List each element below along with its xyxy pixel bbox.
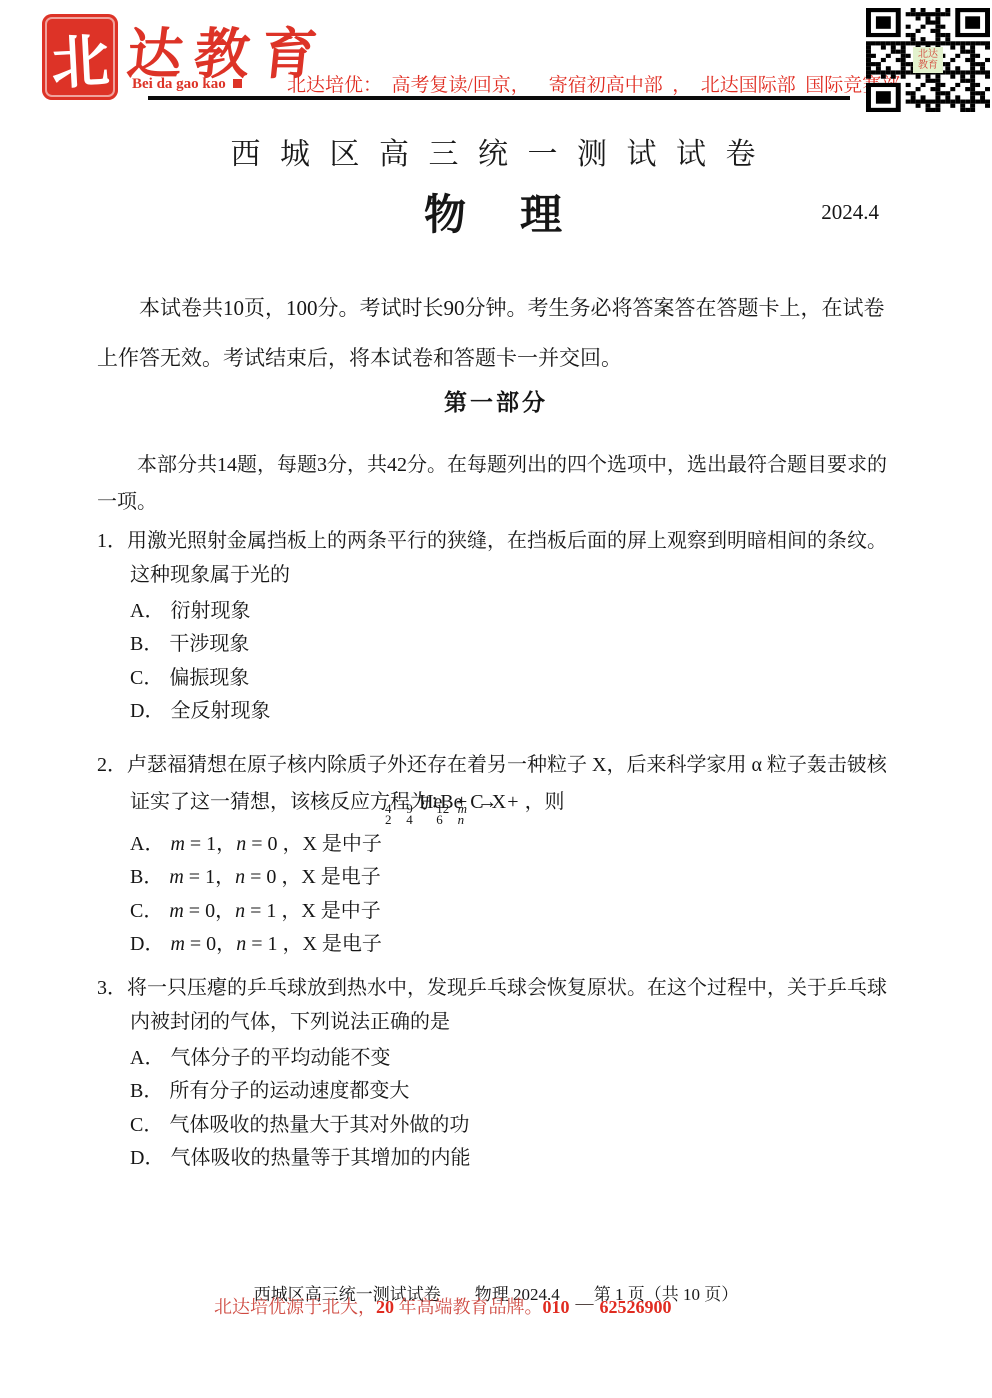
question-3: 3．将一只压瘪的乒乓球放到热水中，发现乒乓球会恢复原状。在这个过程中，关于乒乓球… (97, 971, 903, 1176)
qr-code: 北达教育 (866, 8, 990, 112)
question-2: 2．卢瑟福猜想在原子核内除质子外还存在着另一种粒子 X，后来科学家用 α 粒子轰… (97, 747, 903, 962)
phone-dash: — (576, 1293, 594, 1313)
option-d: D．m = 0，n = 1 ，X 是电子 (130, 928, 903, 961)
option-a: A．衍射现象 (130, 595, 903, 628)
seal-character: 北 (49, 14, 111, 101)
brand-subtitle: Bei da gao kao (132, 76, 242, 93)
qr-center-label: 北达教育 (913, 47, 943, 73)
question-2-options: A．m = 1，n = 0 ，X 是中子 B．m = 1，n = 0 ，X 是电… (130, 828, 903, 962)
option-c: C．气体吸收的热量大于其对外做的功 (130, 1109, 903, 1142)
header-divider (148, 96, 850, 100)
exam-paper-page: 北 达教育 Bei da gao kao 北达培优： 高考复读/回京， 寄宿初高… (0, 0, 992, 1398)
option-c: C．偏振现象 (130, 662, 903, 695)
page-footer-promo-line: 北达培优源于北大，20 年高端教育品牌。010—62526900 (214, 1293, 672, 1319)
red-square-icon (233, 79, 242, 88)
question-1: 1．用激光照射金属挡板上的两条平行的狭缝，在挡板后面的屏上观察到明暗相间的条纹。… (97, 524, 903, 729)
option-c: C．m = 0，n = 1 ，X 是中子 (130, 895, 903, 928)
option-b: B．m = 1，n = 0 ，X 是电子 (130, 861, 903, 894)
part1-heading: 第一部分 (0, 384, 992, 417)
option-a: A．气体分子的平均动能不变 (130, 1042, 903, 1075)
question-3-stem: 3．将一只压瘪的乒乓球放到热水中，发现乒乓球会恢复原状。在这个过程中，关于乒乓球… (97, 971, 903, 1039)
option-b: B．所有分子的运动速度都变大 (130, 1075, 903, 1108)
exam-instructions-paragraph: 本试卷共10页，100分。考试时长90分钟。考生务必将答案答在答题卡上，在试卷上… (97, 283, 903, 383)
question-1-options: A．衍射现象 B．干涉现象 C．偏振现象 D．全反射现象 (130, 595, 903, 729)
question-1-stem: 1．用激光照射金属挡板上的两条平行的狭缝，在挡板后面的屏上观察到明暗相间的条纹。… (97, 524, 903, 592)
option-b: B．干涉现象 (130, 628, 903, 661)
question-number: 2． (97, 754, 127, 776)
phone-number: 62526900 (600, 1297, 672, 1317)
exam-date: 2024.4 (821, 200, 879, 225)
question-3-options: A．气体分子的平均动能不变 B．所有分子的运动速度都变大 C．气体吸收的热量大于… (130, 1042, 903, 1176)
question-2-stem: 2．卢瑟福猜想在原子核内除质子外还存在着另一种粒子 X，后来科学家用 α 粒子轰… (97, 747, 903, 825)
phone-prefix: 010 (543, 1297, 570, 1317)
subject-row: 物 理 2024.4 (0, 182, 992, 234)
header-slogan: 北达培优： 高考复读/回京， 寄宿初高中部 ， 北达国际部 国际竞赛部 (287, 70, 900, 97)
exam-title: 西 城 区 高 三 统 一 测 试 试 卷 (0, 129, 992, 173)
plus-operator: + (507, 791, 518, 813)
brand-seal-logo: 北 (42, 14, 118, 100)
question-number: 1． (97, 530, 127, 552)
option-a: A．m = 1，n = 0 ，X 是中子 (130, 828, 903, 861)
part1-instructions: 本部分共14题，每题3分，共42分。在每题列出的四个选项中，选出最符合题目要求的… (97, 447, 903, 521)
question-number: 3． (97, 977, 127, 999)
option-d: D．气体吸收的热量等于其增加的内能 (130, 1142, 903, 1175)
option-d: D．全反射现象 (130, 695, 903, 728)
